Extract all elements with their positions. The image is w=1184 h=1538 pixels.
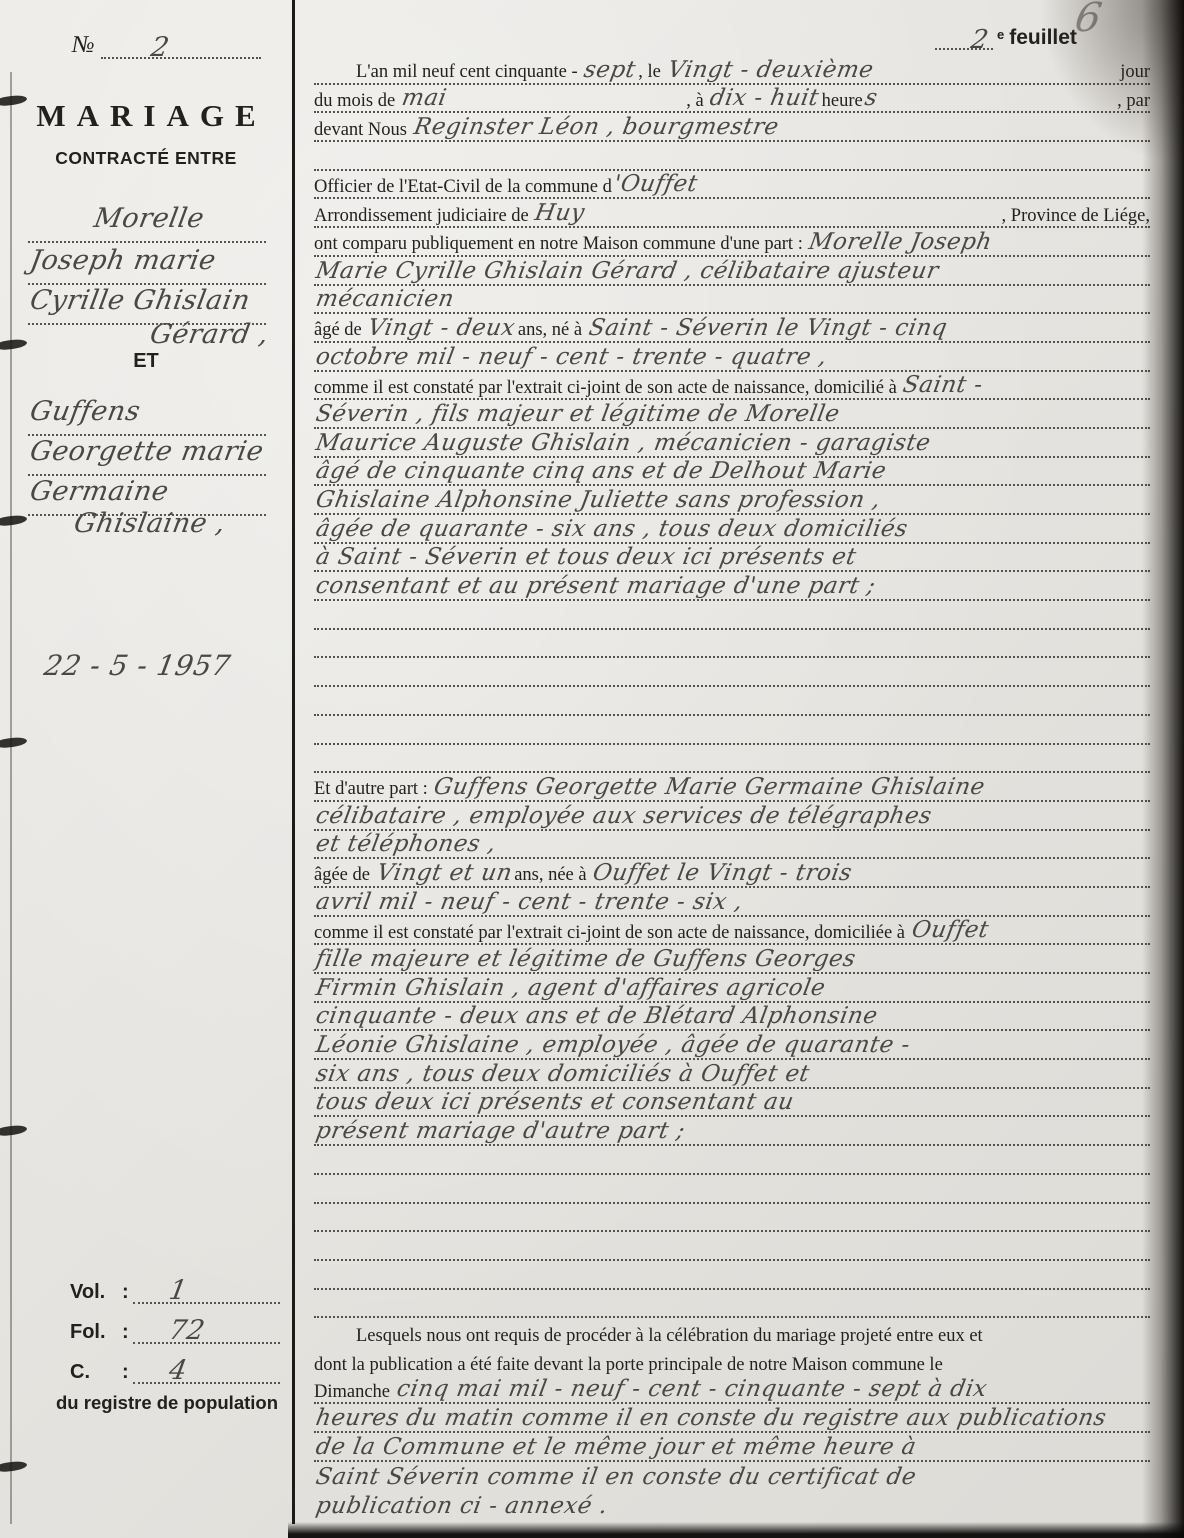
printed-form-text: L'an mil neuf cent cinquante - — [356, 63, 582, 82]
form-line — [314, 716, 1150, 745]
form-line: du mois de mai, à dix - huit heures, par — [314, 85, 1150, 114]
registry-footnote: du registre de population — [56, 1392, 280, 1414]
vol-label: Vol. — [70, 1281, 122, 1304]
bride-given-names: Georgette marie — [28, 438, 266, 465]
printed-form-text: Dimanche — [314, 1383, 395, 1402]
printed-form-text: Arrondissement judiciaire de — [314, 207, 533, 226]
handwritten-entry: Séverin , fils majeur et légitime de Mor… — [314, 403, 841, 426]
form-line: de la Commune et le même jour et même he… — [314, 1433, 1150, 1462]
form-line — [314, 745, 1150, 774]
colon: : — [122, 1281, 129, 1304]
groom-given-names: Gérard , — [148, 321, 271, 348]
handwritten-entry: Ghislaine Alphonsine Juliette sans profe… — [314, 489, 882, 512]
handwritten-entry: cinquante - deux ans et de Blétard Alpho… — [314, 1005, 879, 1028]
handwritten-entry: six ans , tous deux domiciliés à Ouffet … — [314, 1063, 811, 1086]
form-line: fille majeure et légitime de Guffens Geo… — [314, 945, 1150, 974]
form-line: dont la publication a été faite devant l… — [314, 1347, 1150, 1376]
handwritten-entry: 'Ouffet — [612, 173, 699, 196]
form-line: Maurice Auguste Ghislain , mécanicien - … — [314, 429, 1150, 458]
colon: : — [122, 1321, 129, 1344]
c-label: C. — [70, 1361, 122, 1384]
form-line: et téléphones , — [314, 831, 1150, 860]
printed-form-text: devant Nous — [314, 121, 412, 140]
form-line: Lesquels nous ont requis de procéder à l… — [314, 1318, 1150, 1347]
handwritten-entry: Saint - — [901, 374, 985, 397]
handwritten-entry: Marie Cyrille Ghislain Gérard , célibata… — [314, 260, 940, 283]
handwritten-entry: tous deux ici présents et consentant au — [314, 1091, 796, 1114]
handwritten-entry: célibataire , employée aux services de t… — [314, 805, 933, 828]
fol-dotted-line: 72 — [133, 1318, 280, 1344]
printed-form-text: heure — [817, 92, 863, 111]
printed-form-text: Et d'autre part : — [314, 780, 432, 799]
form-line: L'an mil neuf cent cinquante - sept , le… — [314, 56, 1150, 85]
c-value: 4 — [167, 1357, 189, 1384]
form-line: six ans , tous deux domiciliés à Ouffet … — [314, 1060, 1150, 1089]
groom-name-line: Joseph marie — [28, 247, 266, 285]
form-line: à Saint - Séverin et tous deux ici prése… — [314, 544, 1150, 573]
form-line: âgée de quarante - six ans , tous deux d… — [314, 515, 1150, 544]
form-line: tous deux ici présents et consentant au — [314, 1089, 1150, 1118]
printed-form-text: ans, né à — [513, 321, 586, 340]
printed-form-text: âgé de — [314, 321, 366, 340]
form-line: Ghislaine Alphonsine Juliette sans profe… — [314, 486, 1150, 515]
printed-form-text: Lesquels nous ont requis de procéder à l… — [356, 1327, 983, 1346]
marriage-date-handwritten: 22 - 5 - 1957 — [42, 652, 233, 680]
printed-form-text: comme il est constaté par l'extrait ci-j… — [314, 924, 910, 943]
handwritten-entry: mécanicien — [314, 288, 456, 311]
handwritten-entry: Saint - Séverin le Vingt - cinq — [587, 317, 949, 340]
form-line: mécanicien — [314, 286, 1150, 315]
handwritten-entry: sept — [582, 59, 637, 82]
handwritten-entry: Maurice Auguste Ghislain , mécanicien - … — [314, 432, 932, 455]
handwritten-entry: et téléphones , — [314, 833, 498, 856]
page-subtitle: CONTRACTÉ ENTRE — [0, 148, 292, 169]
vol-value: 1 — [167, 1277, 189, 1304]
handwritten-entry: Ouffet le Vingt - trois — [591, 862, 854, 885]
handwritten-entry: Vingt - deux — [366, 317, 517, 340]
form-line — [314, 1290, 1150, 1319]
handwritten-entry: Vingt et un — [375, 862, 514, 885]
act-number-label: № — [72, 32, 95, 59]
handwritten-entry: dix - huit — [708, 87, 821, 110]
form-line: ont comparu publiquement en notre Maison… — [314, 228, 1150, 257]
form-line: octobre mil - neuf - cent - trente - qua… — [314, 343, 1150, 372]
bride-name-line: Guffens — [28, 398, 266, 436]
registry-reference-block: Vol. : 1 Fol. : 72 C. : 4 du registre de… — [70, 1264, 280, 1414]
printed-form-text: ont comparu publiquement en notre Maison… — [314, 235, 807, 254]
form-line: consentant et au présent mariage d'une p… — [314, 572, 1150, 601]
form-line: Officier de l'Etat-Civil de la commune d… — [314, 171, 1150, 200]
printed-form-text: , le — [634, 63, 666, 82]
registry-row: C. : 4 — [70, 1344, 280, 1384]
form-line: Léonie Ghislaine , employée , âgée de qu… — [314, 1031, 1150, 1060]
handwritten-entry: mai — [400, 87, 448, 110]
act-number-value: 2 — [149, 34, 171, 61]
handwritten-entry: Ouffet — [910, 919, 991, 942]
form-line: Saint Séverin comme il en conste du cert… — [314, 1462, 1150, 1491]
groom-name-line: Morelle — [28, 205, 266, 243]
form-line: présent mariage d'autre part ; — [314, 1117, 1150, 1146]
form-line: Marie Cyrille Ghislain Gérard , célibata… — [314, 257, 1150, 286]
form-line: comme il est constaté par l'extrait ci-j… — [314, 917, 1150, 946]
fol-value: 72 — [167, 1317, 207, 1344]
handwritten-entry: Vingt - deuxième — [666, 59, 875, 82]
handwritten-entry: âgé de cinquante cinq ans et de Delhout … — [314, 460, 888, 483]
form-line — [314, 1261, 1150, 1290]
handwritten-entry: âgée de quarante - six ans , tous deux d… — [314, 518, 909, 541]
margin-date-note: 22 - 5 - 1957 — [42, 652, 228, 680]
form-line — [314, 1175, 1150, 1204]
form-line — [314, 630, 1150, 659]
c-dotted-line: 4 — [133, 1358, 280, 1384]
printed-form-text: comme il est constaté par l'extrait ci-j… — [314, 379, 901, 398]
printed-form-text: , à — [686, 92, 708, 111]
form-line — [314, 1232, 1150, 1261]
marriage-register-page: № 2 MARIAGE CONTRACTÉ ENTRE Morelle Jose… — [0, 0, 1184, 1538]
handwritten-entry: Morelle Joseph — [807, 231, 994, 254]
groom-given-names: Cyrille Ghislain — [28, 287, 252, 314]
registry-row: Vol. : 1 — [70, 1264, 280, 1304]
handwritten-entry: avril mil - neuf - cent - trente - six , — [314, 891, 744, 914]
form-lines: L'an mil neuf cent cinquante - sept , le… — [314, 56, 1150, 1519]
form-line: devant Nous Reginster Léon , bourgmestre — [314, 113, 1150, 142]
form-line: Arrondissement judiciaire de Huy, Provin… — [314, 199, 1150, 228]
form-line — [314, 142, 1150, 171]
registry-row: Fol. : 72 — [70, 1304, 280, 1344]
groom-given-names: Joseph marie — [28, 247, 218, 274]
form-line — [314, 687, 1150, 716]
bride-given-names: Ghislaine , — [72, 510, 228, 537]
groom-surname: Morelle — [92, 205, 206, 232]
feuillet-number: 2 — [969, 27, 991, 53]
handwritten-entry: présent mariage d'autre part ; — [314, 1120, 687, 1143]
printed-form-text: dont la publication a été faite devant l… — [314, 1356, 943, 1375]
handwritten-entry: consentant et au présent mariage d'une p… — [314, 575, 877, 598]
bride-surname: Guffens — [28, 398, 142, 425]
handwritten-entry: fille majeure et légitime de Guffens Geo… — [314, 948, 857, 971]
act-number-row: № 2 — [72, 32, 261, 59]
handwritten-entry: cinq mai mil - neuf - cent - cinquante -… — [395, 1378, 989, 1401]
form-line: avril mil - neuf - cent - trente - six , — [314, 888, 1150, 917]
handwritten-entry: Huy — [533, 202, 586, 225]
form-line — [314, 601, 1150, 630]
scan-edge-shadow — [1142, 0, 1184, 1538]
printed-form-text: âgée de — [314, 866, 375, 885]
handwritten-entry: Saint Séverin comme il en conste du cert… — [314, 1466, 918, 1489]
form-line: âgée de Vingt et un ans, née à Ouffet le… — [314, 859, 1150, 888]
form-line — [314, 658, 1150, 687]
handwritten-entry: Léonie Ghislaine , employée , âgée de qu… — [314, 1034, 912, 1057]
handwritten-entry: Firmin Ghislain , agent d'affaires agric… — [314, 977, 827, 1000]
bride-name-line: Ghislaine , — [28, 510, 266, 546]
form-line: publication ci - annexé . — [314, 1490, 1150, 1519]
handwritten-entry: publication ci - annexé . — [314, 1495, 609, 1518]
form-line: Firmin Ghislain , agent d'affaires agric… — [314, 974, 1150, 1003]
form-line: Séverin , fils majeur et légitime de Mor… — [314, 400, 1150, 429]
printed-form-text: , Province de Liége, — [1002, 207, 1150, 226]
margin-column: № 2 MARIAGE CONTRACTÉ ENTRE Morelle Jose… — [0, 0, 292, 1538]
form-line: heures du matin comme il en conste du re… — [314, 1404, 1150, 1433]
printed-form-text: Officier de l'Etat-Civil de la commune d — [314, 178, 612, 197]
bride-given-names: Germaine — [28, 478, 171, 505]
form-line: âgé de cinquante cinq ans et de Delhout … — [314, 458, 1150, 487]
form-line: comme il est constaté par l'extrait ci-j… — [314, 372, 1150, 401]
form-line: Et d'autre part : Guffens Georgette Mari… — [314, 773, 1150, 802]
feuillet-ordinal-suffix: e — [997, 27, 1004, 42]
feuillet-dotted-line: 2 — [935, 30, 993, 50]
handwritten-entry: s — [863, 87, 879, 110]
act-number-dotted-line: 2 — [101, 37, 261, 59]
column-divider-rule — [292, 0, 295, 1524]
form-line: Dimanche cinq mai mil - neuf - cent - ci… — [314, 1376, 1150, 1405]
handwritten-entry: Guffens Georgette Marie Germaine Ghislai… — [432, 776, 987, 799]
colon: : — [122, 1361, 129, 1384]
printed-form-text: du mois de — [314, 92, 400, 111]
handwritten-entry: heures du matin comme il en conste du re… — [314, 1407, 1108, 1430]
vol-dotted-line: 1 — [133, 1278, 280, 1304]
handwritten-entry: de la Commune et le même jour et même he… — [314, 1436, 918, 1459]
handwritten-entry: octobre mil - neuf - cent - trente - qua… — [314, 346, 829, 369]
form-line: célibataire , employée aux services de t… — [314, 802, 1150, 831]
scan-bottom-shadow — [288, 1522, 1184, 1538]
handwritten-entry: Reginster Léon , bourgmestre — [412, 116, 780, 139]
handwritten-entry: à Saint - Séverin et tous deux ici prése… — [314, 546, 858, 569]
fol-label: Fol. — [70, 1321, 122, 1344]
form-line — [314, 1146, 1150, 1175]
form-line — [314, 1204, 1150, 1233]
et-label: ET — [0, 350, 292, 373]
printed-form-text: ans, née à — [510, 866, 592, 885]
bride-name-line: Georgette marie — [28, 438, 266, 476]
form-line: cinquante - deux ans et de Blétard Alpho… — [314, 1003, 1150, 1032]
page-title: MARIAGE — [0, 98, 292, 134]
form-line: âgé de Vingt - deux ans, né à Saint - Sé… — [314, 314, 1150, 343]
